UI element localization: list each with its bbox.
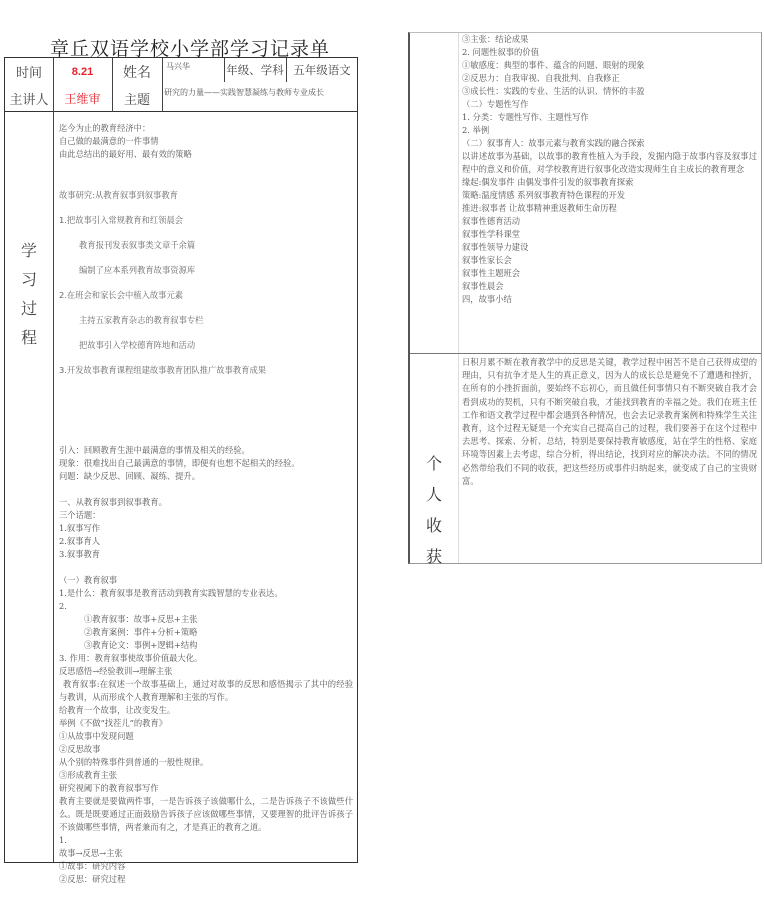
section-title: （一）教育叙事: [59, 574, 353, 587]
topic-label: 主题: [112, 85, 162, 112]
text-line: 问题：缺少反思、回顾、凝练、提升。: [59, 470, 353, 483]
text-line: 策略:温度情感 系列叙事教育特色课程的开发: [462, 189, 757, 202]
topic-value: 研究的力量——实践智慧凝练与教师专业成长: [164, 82, 358, 102]
text-line: 自己做的最满意的一件事情: [59, 135, 353, 148]
speaker-label: 主讲人: [5, 85, 53, 112]
text-line: 1.: [59, 834, 353, 847]
text-line: ①教育叙事：故事+反思+主张: [59, 613, 353, 626]
outline-item: 2.在班会和家长会中植入故事元素: [59, 283, 353, 308]
process-label: 学 习 过 程: [5, 236, 53, 352]
text-line: ③形成教育主张: [59, 769, 353, 782]
text-line: 3.叙事教育: [59, 548, 353, 561]
text-line: 2. 问题性叙事的价值: [462, 46, 757, 59]
paragraph: 以讲述故事为基础，以故事的教育性植入为手段，发掘内隐于故事内容及叙事过程中的意义…: [462, 150, 757, 176]
paragraph: 教育叙事:在叙述一个故事基础上，通过对故事的反思和感悟揭示了其中的经验与教训，从…: [59, 678, 353, 704]
text-line: ②反思：研究过程: [59, 873, 353, 886]
text-line: ③教育论文：事例+逻辑+结构: [59, 639, 353, 652]
text-line: ①故事：研究内容: [59, 860, 353, 873]
text-line: 缘起:偶发事件 由偶发事件引发的叙事教育探索: [462, 176, 757, 189]
left-page: 章丘双语学校小学部学习记录单 时间 8.21 姓名 马兴华 年级、学科 五年级语…: [0, 0, 380, 900]
text-line: 引入：回顾教育生涯中最满意的事情及相关的经验。: [59, 444, 353, 457]
text-line: 给教育一个故事，让改变发生。: [59, 704, 353, 717]
text-line: 三个话题：: [59, 509, 353, 522]
speaker-value: 王维审: [53, 85, 112, 112]
text-line: 1.是什么：教育叙事是教育活动到教育实践智慧的专业表达。: [59, 587, 353, 600]
text-line: 故事→反思→主张: [59, 847, 353, 860]
text-line: 叙事性晨会: [462, 280, 757, 293]
time-label: 时间: [5, 58, 53, 85]
text-line: 从个别的特殊事件到普通的一般性规律。: [59, 756, 353, 769]
outline-item: 3.开发故事教育课程组建故事教育团队推广故事教育成果: [59, 358, 353, 383]
text-line: 由此总结出的最好用、最有效的策略: [59, 148, 353, 161]
text-line: 反思感悟→经验教训→理解主张: [59, 665, 353, 678]
grade-label: 年级、学科: [224, 58, 286, 82]
text-line: 叙事性德育活动: [462, 215, 757, 228]
text-line: 四，故事小结: [462, 293, 757, 306]
text-line: 推进:叙事者 让故事精神重返教师生命历程: [462, 202, 757, 215]
process-table: 学 习 过 程 迄今为止的教育经济中： 自己做的最满意的一件事情 由此总结出的最…: [4, 111, 358, 863]
time-value: 8.21: [53, 58, 112, 85]
continuation-table: ③主张：结论成果 2. 问题性叙事的价值 ①敏感度：典型的事件、蕴含的问题、眼射…: [408, 32, 762, 564]
text-line: 研究视阈下的教育叙事写作: [59, 782, 353, 795]
name-value: 马兴华: [162, 58, 224, 82]
text-line: 1.叙事写作: [59, 522, 353, 535]
text-line: ①从故事中发现问题: [59, 730, 353, 743]
gains-text: 日积月累不断在教育教学中的反思是关键，教学过程中困苦不是自己获得成望的理由，只有…: [462, 356, 757, 488]
text-line: 2.: [59, 600, 353, 613]
text-line: 现象：很难找出自己最满意的事情，即便有也想不起相关的经验。: [59, 457, 353, 470]
process-content: 迄今为止的教育经济中： 自己做的最满意的一件事情 由此总结出的最好用、最有效的策…: [59, 122, 353, 161]
outline-item: 主持五家教育杂志的教育叙事专栏: [59, 308, 353, 333]
text-line: 叙事性学科课堂: [462, 228, 757, 241]
text-line: 3. 作用：教育叙事使故事价值最大化。: [59, 652, 353, 665]
outline-item: 教育报刊发表叙事类文章千余篇: [59, 233, 353, 258]
continued-content: ③主张：结论成果 2. 问题性叙事的价值 ①敏感度：典型的事件、蕴含的问题、眼射…: [462, 33, 757, 306]
text-line: （二）专题性写作: [462, 98, 757, 111]
grade-value: 五年级语文: [286, 58, 358, 82]
text-line: ②教育案例：事件+分析+策略: [59, 626, 353, 639]
name-label: 姓名: [112, 58, 162, 85]
text-line: 1. 分类：专题性写作、主题性写作: [462, 111, 757, 124]
text-line: 叙事性领导力建设: [462, 241, 757, 254]
outline-title: 故事研究:从教育叙事到叙事教育: [59, 183, 353, 208]
outline-section: 故事研究:从教育叙事到叙事教育 1.把故事引入常规教育和红领晨会 教育报刊发表叙…: [59, 183, 353, 383]
text-line: 2.叙事育人: [59, 535, 353, 548]
text-line: 一、从教育叙事到叙事教育。: [59, 496, 353, 509]
text-line: ②反思力：自我审视、自我批判、自我修正: [462, 72, 757, 85]
text-line: ①敏感度：典型的事件、蕴含的问题、眼射的现象: [462, 59, 757, 72]
intro2-section: 引入：回顾教育生涯中最满意的事情及相关的经验。 现象：很难找出自己最满意的事情，…: [59, 444, 353, 886]
outline-item: 1.把故事引入常规教育和红领晨会: [59, 208, 353, 233]
text-line: 叙事性主题班会: [462, 267, 757, 280]
text-line: 举例《不做“找茬儿”的教育》: [59, 717, 353, 730]
right-page: ③主张：结论成果 2. 问题性叙事的价值 ①敏感度：典型的事件、蕴含的问题、眼射…: [382, 0, 764, 900]
header-table: 时间 8.21 姓名 马兴华 年级、学科 五年级语文 主讲人 王维审 主题 研究…: [4, 57, 358, 112]
paragraph: 教育主要就是要做两件事，一是告诉孩子该做哪什么，二是告诉孩子不该做些什么。既是既…: [59, 795, 353, 834]
text-line: （二）叙事育人：故事元素与教育实践的融合探索: [462, 137, 757, 150]
text-line: 迄今为止的教育经济中：: [59, 122, 353, 135]
text-line: ③成长性：实践的专业、生活的认识、情怀的丰盈: [462, 85, 757, 98]
text-line: 叙事性家长会: [462, 254, 757, 267]
text-line: 2. 举例: [462, 124, 757, 137]
text-line: ②反思故事: [59, 743, 353, 756]
outline-item: 把故事引入学校德育阵地和活动: [59, 333, 353, 358]
outline-item: 编制了应本系列教育故事资源库: [59, 258, 353, 283]
text-line: ③主张：结论成果: [462, 33, 757, 46]
gains-label: 个 人 收 获: [410, 448, 458, 572]
